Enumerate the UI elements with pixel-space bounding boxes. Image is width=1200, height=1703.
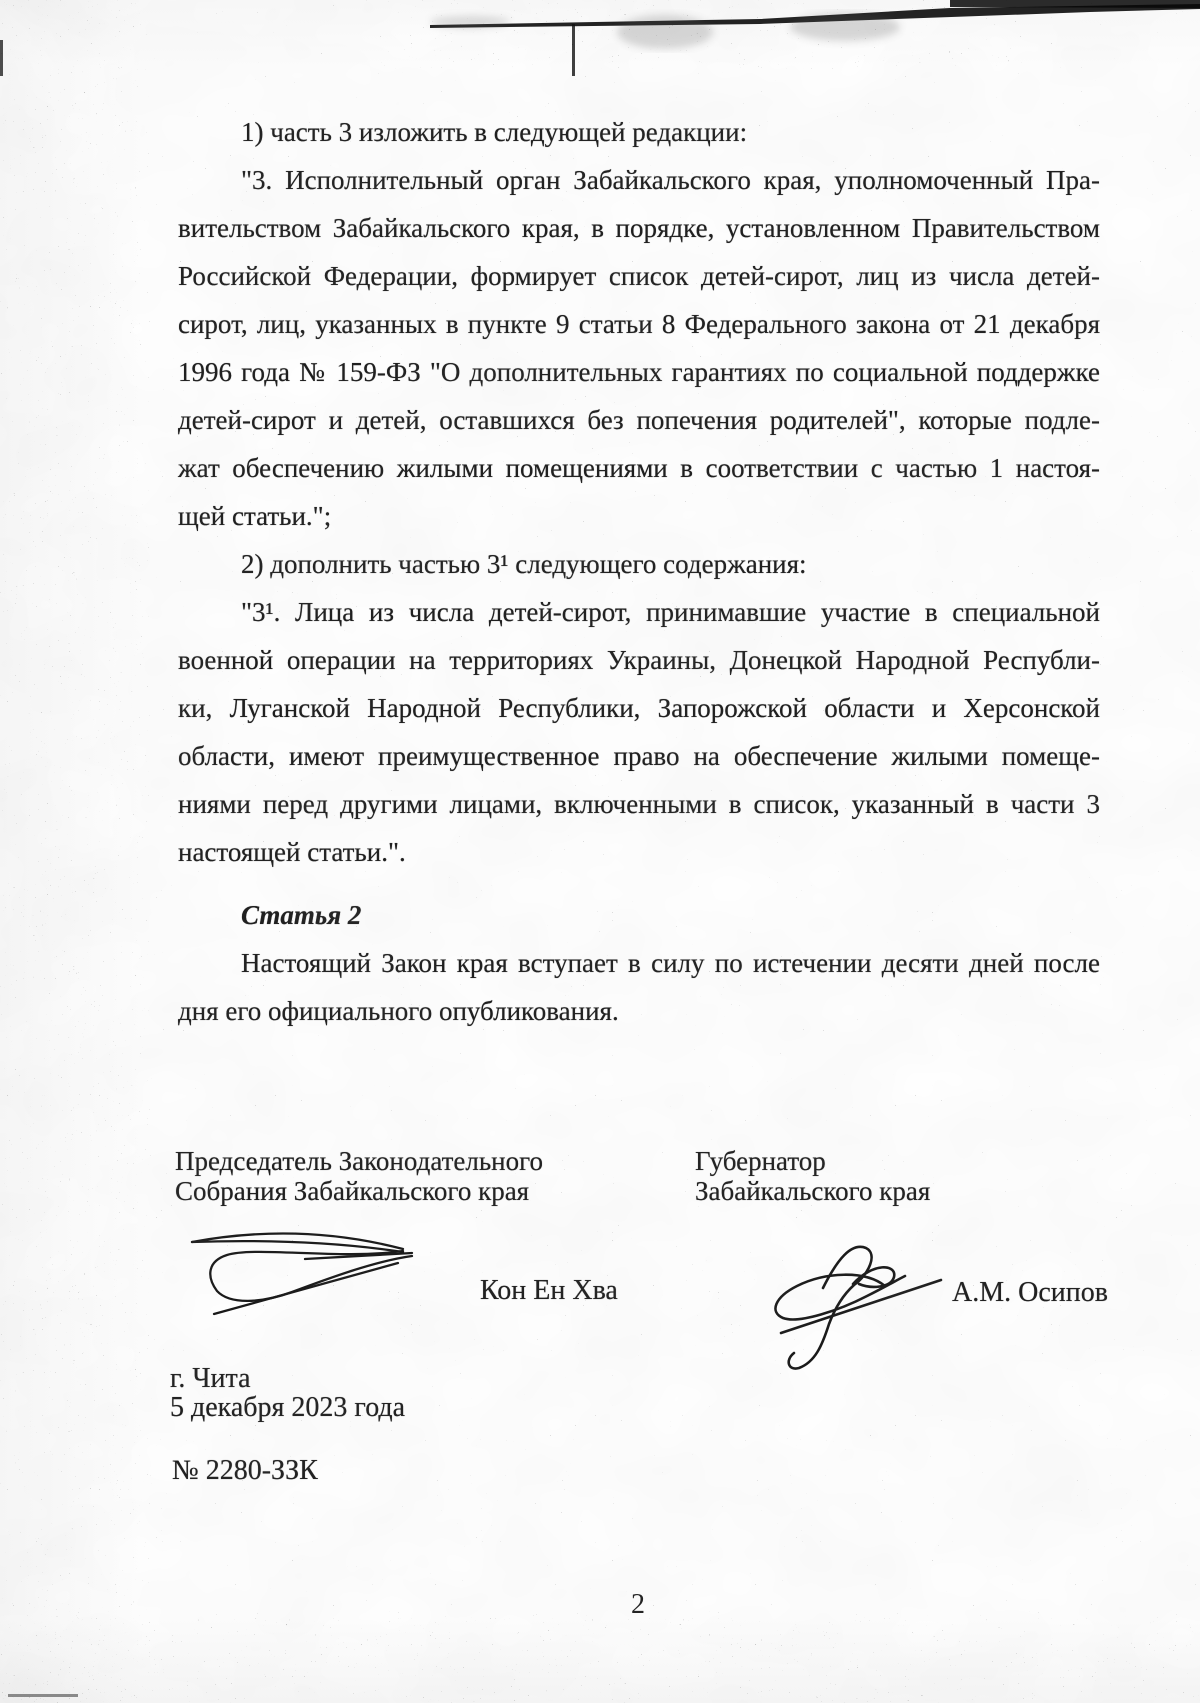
governor-title-line2: Забайкальского края bbox=[695, 1177, 930, 1207]
chairman-signature bbox=[140, 1226, 420, 1336]
text-line: Настоящий Закон края вступает в силу по … bbox=[178, 939, 1100, 987]
scanned-law-page: 1) часть 3 изложить в следующей редакции… bbox=[0, 0, 1200, 1703]
text-line: ниями перед другими лицами, включенными … bbox=[178, 780, 1100, 828]
text-line: детей-сирот и детей, оставшихся без попе… bbox=[178, 396, 1100, 444]
footer-law-number: № 2280-ЗЗК bbox=[172, 1456, 318, 1486]
footer-city: г. Чита bbox=[170, 1364, 251, 1394]
text-line: "3¹. Лица из числа детей-сирот, принимав… bbox=[178, 588, 1100, 636]
text-line: 1996 года № 159-ФЗ "О дополнительных гар… bbox=[178, 348, 1100, 396]
text-line: ки, Луганской Народной Республики, Запор… bbox=[178, 684, 1100, 732]
text-line: Российской Федерации, формирует список д… bbox=[178, 252, 1100, 300]
text-line: военной операции на территориях Украины,… bbox=[178, 636, 1100, 684]
governor-signature bbox=[745, 1236, 945, 1376]
chairman-title: Председатель Законодательного Собрания З… bbox=[175, 1147, 543, 1206]
scan-edge-line bbox=[430, 4, 1200, 28]
text-line: вительством Забайкальского края, в поряд… bbox=[178, 204, 1100, 252]
text-line: сирот, лиц, указанных в пункте 9 статьи … bbox=[178, 300, 1100, 348]
page-number: 2 bbox=[631, 1590, 645, 1620]
law-body-text: 1) часть 3 изложить в следующей редакции… bbox=[178, 108, 1100, 1035]
governor-title-line1: Губернатор bbox=[695, 1147, 930, 1177]
text-line: области, имеют преимущественное право на… bbox=[178, 732, 1100, 780]
governor-name: А.М. Осипов bbox=[952, 1278, 1108, 1308]
text-line: жат обеспечению жилыми помещениями в соо… bbox=[178, 444, 1100, 492]
text-line: настоящей статьи.". bbox=[178, 828, 1100, 876]
article-2-heading: Статья 2 bbox=[178, 891, 1100, 939]
footer-date: 5 декабря 2023 года bbox=[170, 1393, 405, 1423]
text-line: щей статьи."; bbox=[178, 492, 1100, 540]
text-line: "3. Исполнительный орган Забайкальского … bbox=[178, 156, 1100, 204]
chairman-title-line2: Собрания Забайкальского края bbox=[175, 1177, 543, 1207]
text-line: 2) дополнить частью 3¹ следующего содерж… bbox=[178, 540, 1100, 588]
text-line: 1) часть 3 изложить в следующей редакции… bbox=[178, 108, 1100, 156]
text-line: дня его официального опубликования. bbox=[178, 987, 1100, 1035]
governor-title: Губернатор Забайкальского края bbox=[695, 1147, 930, 1206]
chairman-name: Кон Ен Хва bbox=[480, 1276, 618, 1306]
chairman-title-line1: Председатель Законодательного bbox=[175, 1147, 543, 1177]
